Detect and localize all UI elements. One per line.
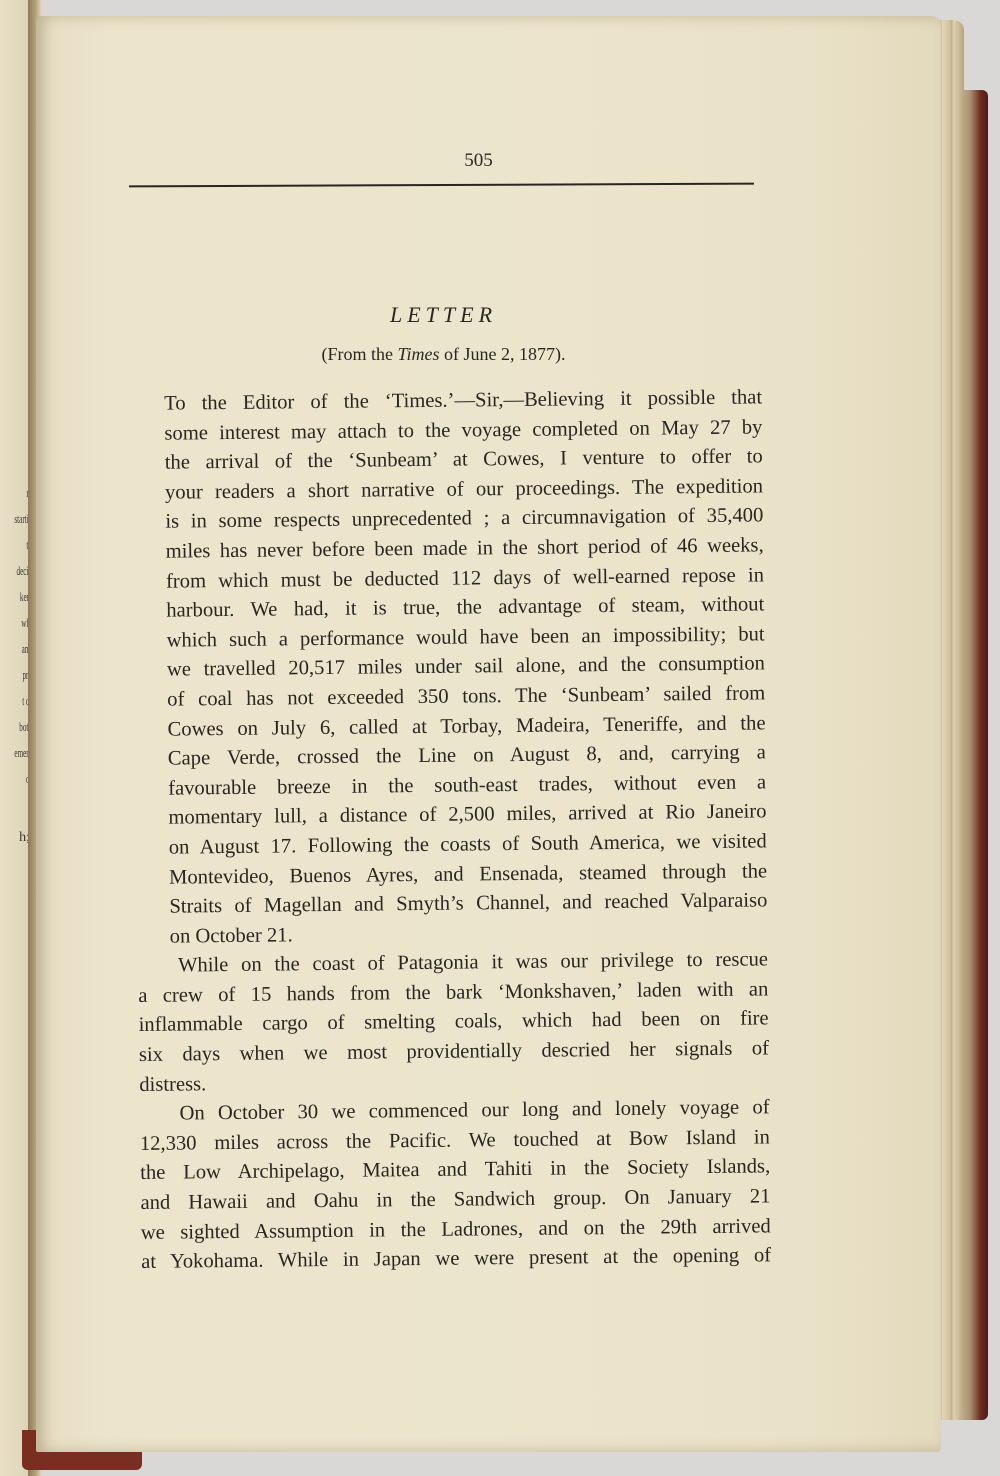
page-subtitle: (From the Times of June 2, 1877). bbox=[36, 344, 851, 365]
paragraph-2: While on the coast of Patagonia it was o… bbox=[138, 946, 770, 1101]
paragraph-1: To the Editor of the ‘Times.’—Sir,—Belie… bbox=[132, 383, 768, 952]
text-line: at Yokohama. While in Japan we were pres… bbox=[141, 1242, 771, 1278]
book-page: 505 LETTER (From the Times of June 2, 18… bbox=[36, 16, 941, 1452]
page-number: 505 bbox=[36, 150, 921, 172]
letter-body: To the Editor of the ‘Times.’—Sir,—Belie… bbox=[132, 383, 771, 1277]
subtitle-italic: Times bbox=[398, 344, 440, 364]
subtitle-prefix: (From the bbox=[322, 344, 398, 364]
page-title: LETTER bbox=[36, 302, 851, 328]
header-rule bbox=[129, 183, 754, 188]
left-fragment: h; bbox=[0, 830, 30, 846]
subtitle-suffix: of June 2, 1877). bbox=[440, 344, 566, 364]
paragraph-3: On October 30 we commenced our long and … bbox=[139, 1094, 771, 1278]
